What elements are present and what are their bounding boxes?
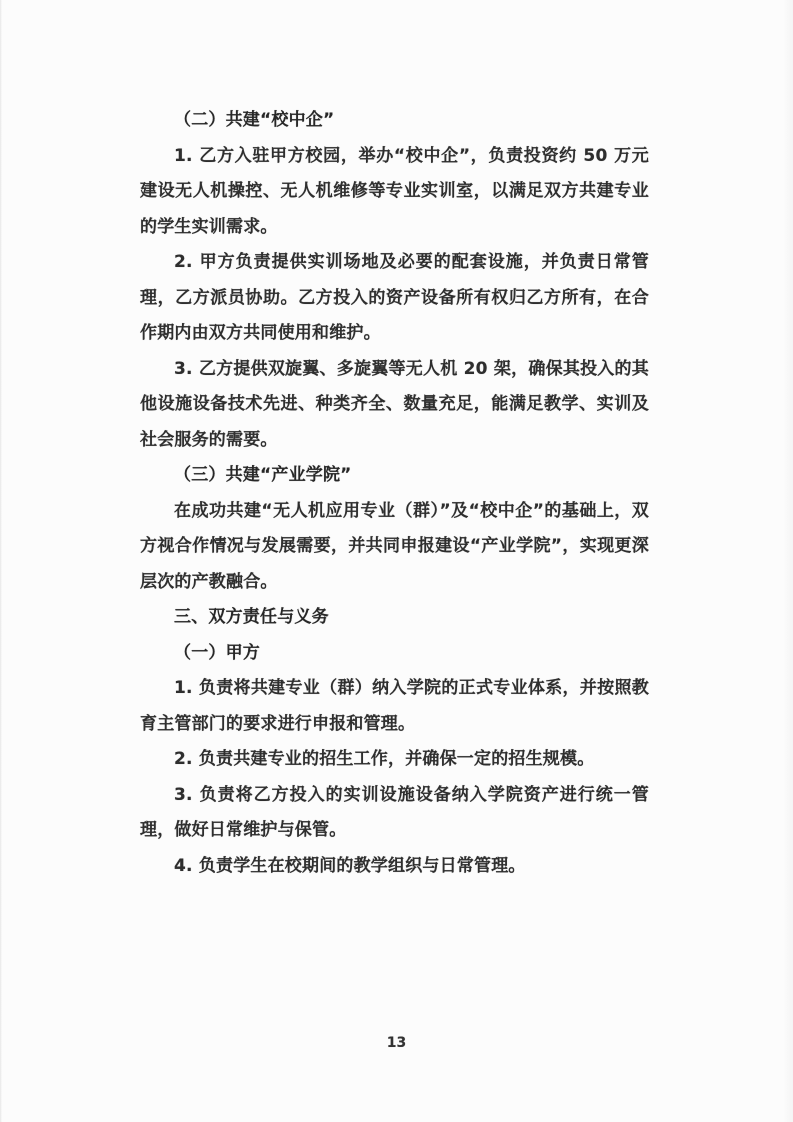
page-number: 13 (0, 1034, 793, 1052)
paragraph-party-a-item-4: 4. 负责学生在校期间的教学组织与日常管理。 (140, 849, 649, 885)
document-body: （二）共建“校中企” 1. 乙方入驻甲方校园，举办“校中企”，负责投资约 50 … (140, 103, 649, 884)
paragraph-industry-college: 在成功共建“无人机应用专业（群）”及“校中企”的基础上，双方视合作情况与发展需要… (140, 494, 649, 601)
paragraph-party-a-item-1: 1. 负责将共建专业（群）纳入学院的正式专业体系，并按照教育主管部门的要求进行申… (140, 671, 649, 742)
section-heading-3-industry-college: （三）共建“产业学院” (140, 458, 649, 494)
chapter-heading-responsibilities: 三、双方责任与义务 (140, 600, 649, 636)
paragraph-item-1-investment: 1. 乙方入驻甲方校园，举办“校中企”，负责投资约 50 万元建设无人机操控、无… (140, 139, 649, 246)
paragraph-item-2-site-management: 2. 甲方负责提供实训场地及必要的配套设施，并负责日常管理，乙方派员协助。乙方投… (140, 245, 649, 352)
scanned-document-page: （二）共建“校中企” 1. 乙方入驻甲方校园，举办“校中企”，负责投资约 50 … (0, 0, 793, 1122)
section-heading-party-a: （一）甲方 (140, 636, 649, 672)
section-heading-2-school-in-enterprise: （二）共建“校中企” (140, 103, 649, 139)
paragraph-party-a-item-2: 2. 负责共建专业的招生工作，并确保一定的招生规模。 (140, 742, 649, 778)
paragraph-item-3-drones: 3. 乙方提供双旋翼、多旋翼等无人机 20 架，确保其投入的其他设施设备技术先进… (140, 352, 649, 459)
paragraph-party-a-item-3: 3. 负责将乙方投入的实训设施设备纳入学院资产进行统一管理，做好日常维护与保管。 (140, 778, 649, 849)
